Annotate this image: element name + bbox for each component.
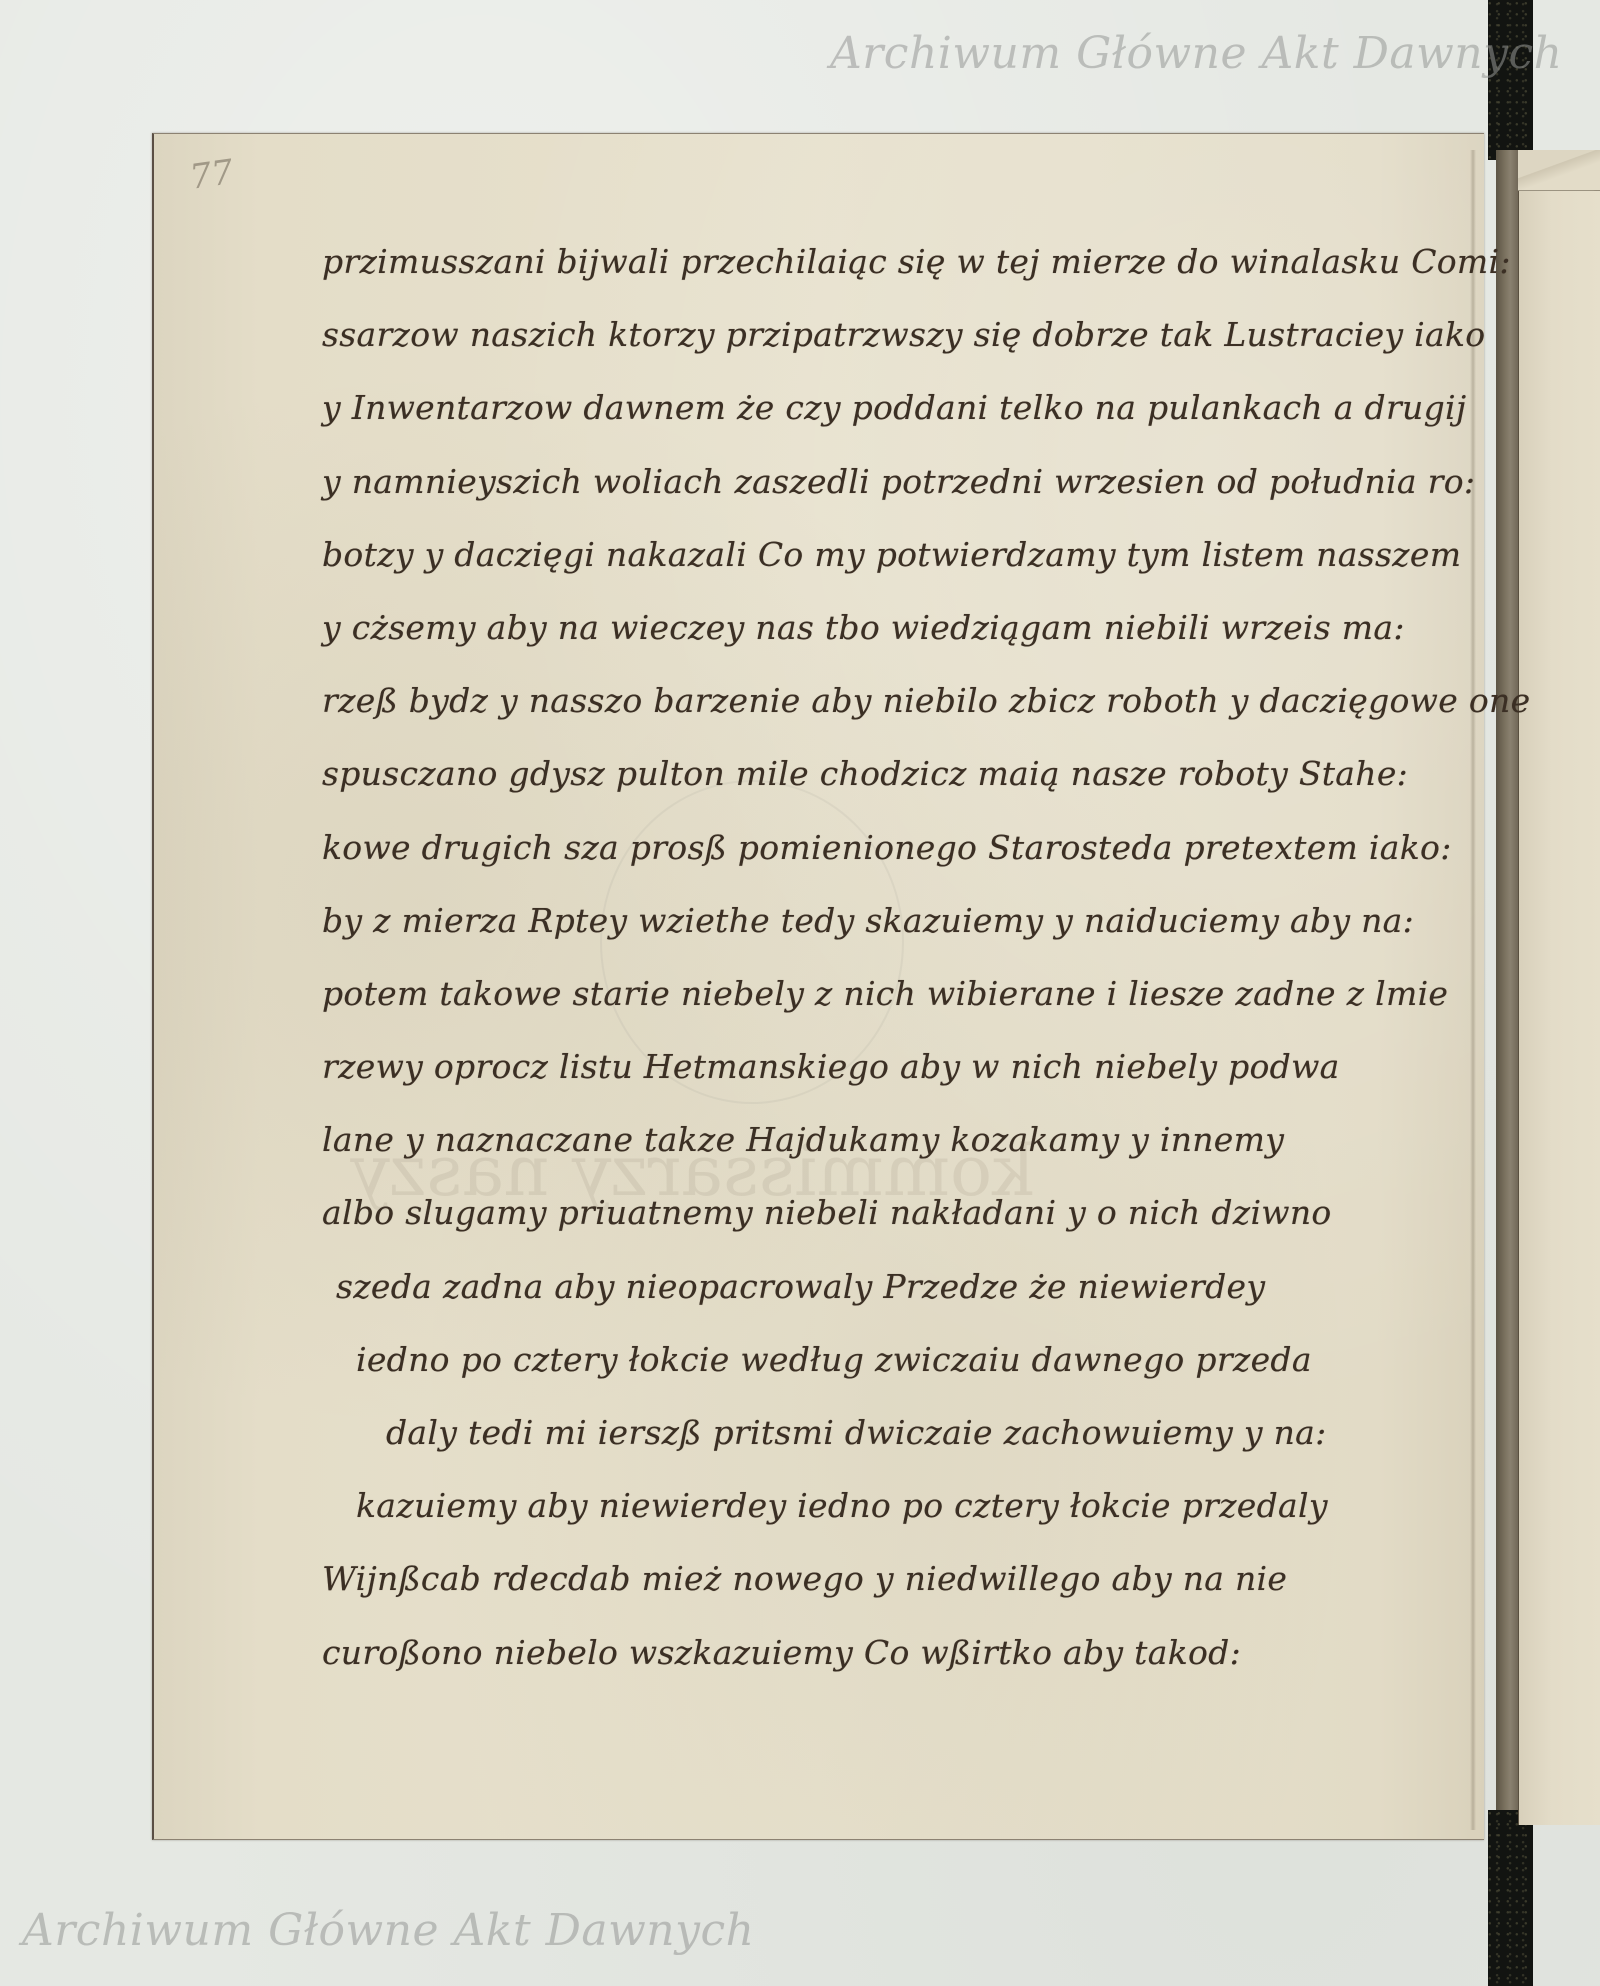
manuscript-line: spusczano gdysz pulton mile chodzicz mai… [322, 737, 1482, 810]
manuscript-line: curoßono niebelo wszkazuiemy Co wßirtko … [322, 1616, 1482, 1689]
manuscript-line: kowe drugich sza prosß pomienionego Star… [322, 811, 1482, 884]
adjacent-leaf-fold [1518, 150, 1600, 191]
manuscript-line: potem takowe starie niebely z nich wibie… [322, 957, 1482, 1030]
manuscript-line: by z mierza Rptey wziethe tedy skazuiemy… [322, 884, 1482, 957]
folio-number: 77 [187, 152, 235, 198]
manuscript-line: y namnieyszich woliach zaszedli potrzedn… [322, 445, 1482, 518]
manuscript-line: botzy y daczięgi nakazali Co my potwierd… [322, 518, 1482, 591]
manuscript-line: rzeß bydz y nasszo barzenie aby niebilo … [322, 664, 1482, 737]
manuscript-line: y cżsemy aby na wieczey nas tbo wiedziąg… [322, 591, 1482, 664]
manuscript-line: rzewy oprocz listu Hetmanskiego aby w ni… [322, 1030, 1482, 1103]
manuscript-line: przimusszani bijwali przechilaiąc się w … [322, 225, 1482, 298]
manuscript-line: iedno po cztery łokcie według zwiczaiu d… [322, 1323, 1482, 1396]
spine-gutter [1496, 150, 1520, 1810]
manuscript-line: ssarzow naszich ktorzy przipatrzwszy się… [322, 298, 1482, 371]
manuscript-line: szeda zadna aby nieopacrowaly Przedze że… [322, 1250, 1482, 1323]
manuscript-line: Wijnßcab rdecdab mież nowego y niedwille… [322, 1542, 1482, 1615]
manuscript-line: kazuiemy aby niewierdey iedno po cztery … [322, 1469, 1482, 1542]
manuscript-line: lane y naznaczane takze Hajdukamy kozaka… [322, 1103, 1482, 1176]
manuscript-text-block: przimusszani bijwali przechilaiąc się w … [322, 225, 1482, 1689]
adjacent-leaf [1518, 150, 1600, 1825]
manuscript-line: y Inwentarzow dawnem że czy poddani telk… [322, 371, 1482, 444]
binding-band-bottom [1488, 1810, 1533, 1986]
manuscript-line: albo slugamy priuatnemy niebeli nakładan… [322, 1176, 1482, 1249]
binding-band-top [1488, 0, 1533, 160]
manuscript-line: daly tedi mi ierszß pritsmi dwiczaie zac… [322, 1396, 1482, 1469]
